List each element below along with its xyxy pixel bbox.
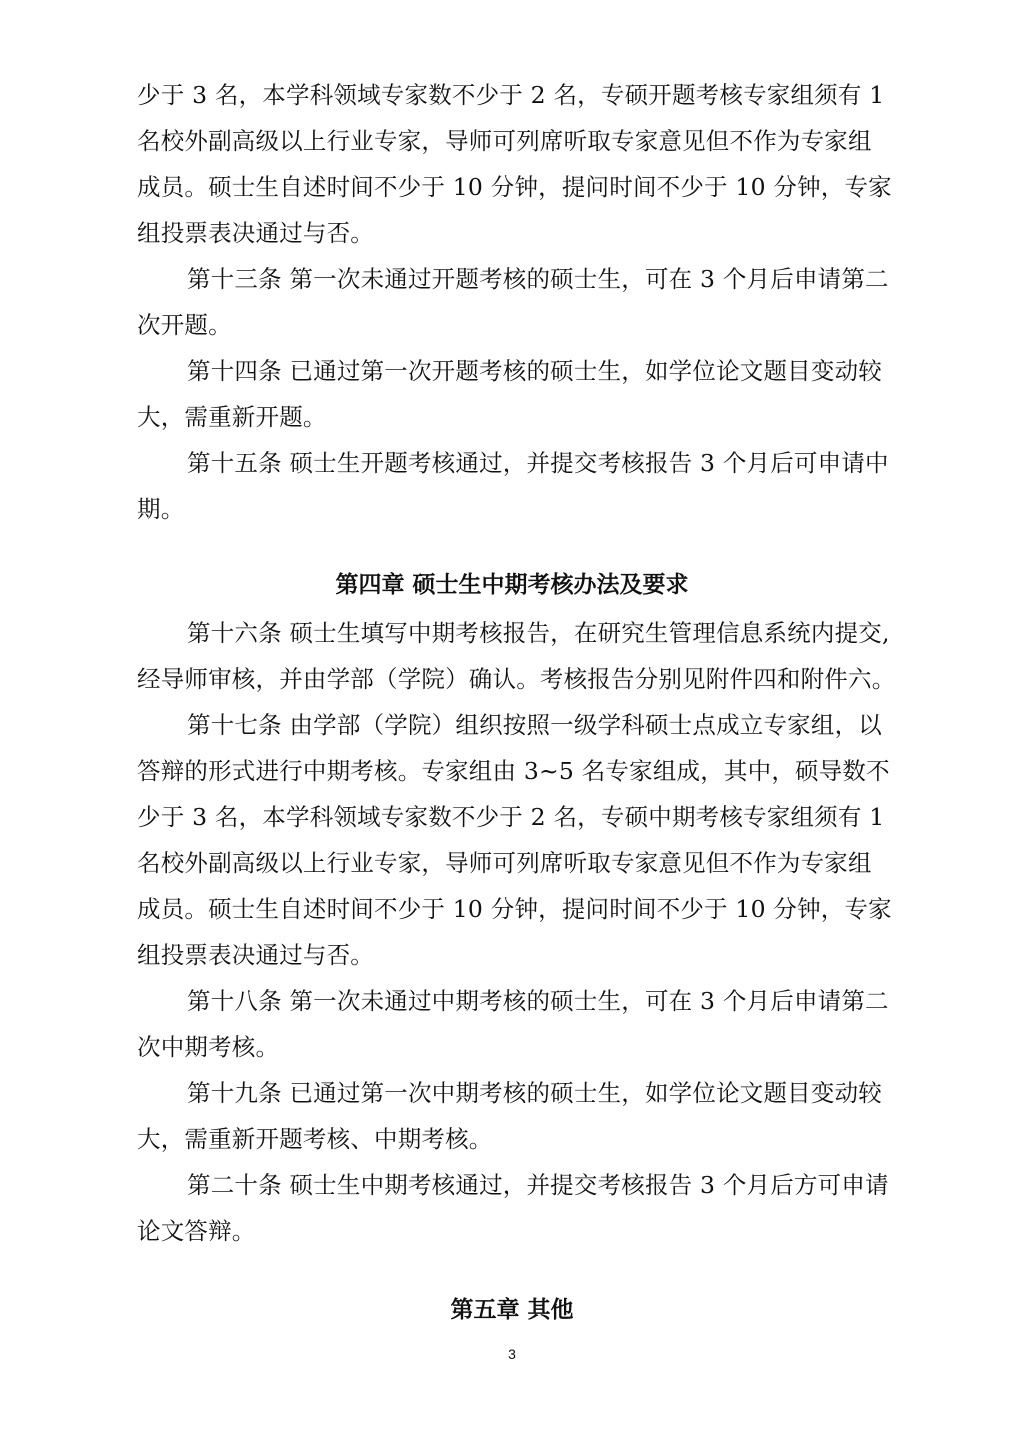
- page-number: 3: [0, 1346, 1024, 1362]
- paragraph-line: 答辩的形式进行中期考核。专家组由 3~5 名专家组成，其中，硕导数不: [137, 756, 890, 786]
- paragraph-line: 名校外副高级以上行业专家，导师可列席听取专家意见但不作为专家组: [137, 848, 872, 878]
- paragraph-line: 成员。硕士生自述时间不少于 10 分钟，提问时间不少于 10 分钟，专家: [137, 894, 892, 924]
- chapter-5-heading: 第五章 其他: [0, 1295, 1024, 1325]
- paragraph-line: 第十五条 硕士生开题考核通过，并提交考核报告 3 个月后可申请中: [187, 448, 889, 478]
- paragraph-line: 第二十条 硕士生中期考核通过，并提交考核报告 3 个月后方可申请: [187, 1170, 889, 1200]
- paragraph-line: 少于 3 名，本学科领域专家数不少于 2 名，专硕开题考核专家组须有 1: [137, 80, 884, 110]
- paragraph-line: 第十四条 已通过第一次开题考核的硕士生，如学位论文题目变动较: [187, 356, 882, 386]
- paragraph-line: 期。: [137, 494, 184, 524]
- paragraph-line: 大，需重新开题考核、中期考核。: [137, 1124, 493, 1154]
- paragraph-line: 论文答辩。: [137, 1216, 256, 1246]
- paragraph-line: 第十七条 由学部（学院）组织按照一级学科硕士点成立专家组，以: [187, 710, 882, 740]
- paragraph-line: 组投票表决通过与否。: [137, 218, 374, 248]
- paragraph-line: 次中期考核。: [137, 1032, 279, 1062]
- paragraph-line: 第十八条 第一次未通过中期考核的硕士生，可在 3 个月后申请第二: [187, 986, 889, 1016]
- paragraph-line: 第十六条 硕士生填写中期考核报告，在研究生管理信息系统内提交,: [187, 618, 890, 648]
- paragraph-line: 经导师审核，并由学部（学院）确认。考核报告分别见附件四和附件六。: [137, 664, 895, 694]
- paragraph-line: 次开题。: [137, 310, 232, 340]
- paragraph-line: 成员。硕士生自述时间不少于 10 分钟，提问时间不少于 10 分钟，专家: [137, 172, 892, 202]
- paragraph-line: 组投票表决通过与否。: [137, 940, 374, 970]
- paragraph-line: 大，需重新开题。: [137, 402, 327, 432]
- chapter-4-heading: 第四章 硕士生中期考核办法及要求: [0, 570, 1024, 600]
- paragraph-line: 第十三条 第一次未通过开题考核的硕士生，可在 3 个月后申请第二: [187, 264, 889, 294]
- paragraph-line: 少于 3 名，本学科领域专家数不少于 2 名，专硕中期考核专家组须有 1: [137, 802, 884, 832]
- paragraph-line: 名校外副高级以上行业专家，导师可列席听取专家意见但不作为专家组: [137, 126, 872, 156]
- paragraph-line: 第十九条 已通过第一次中期考核的硕士生，如学位论文题目变动较: [187, 1078, 882, 1108]
